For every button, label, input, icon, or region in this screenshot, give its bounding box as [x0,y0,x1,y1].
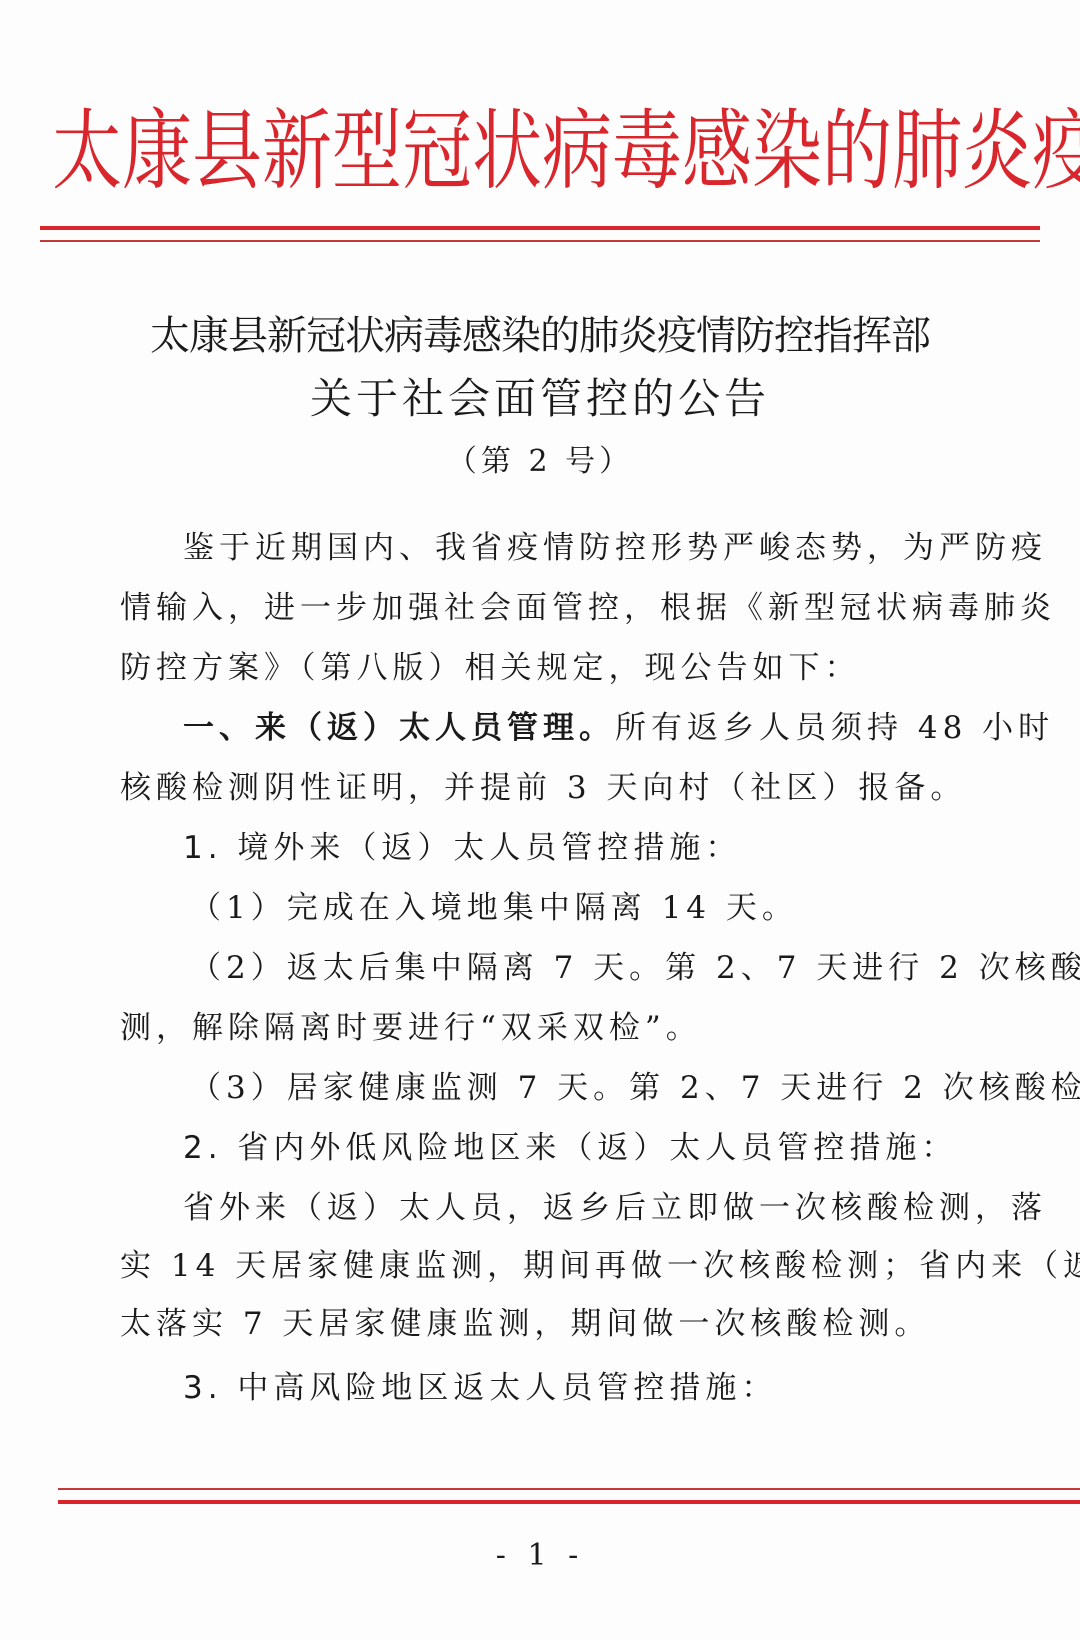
masthead-char: 毒 [612,107,682,195]
header-divider-thick [40,226,1040,230]
masthead-char: 型 [332,107,402,195]
header-divider-thin [40,240,1040,242]
document-title-line2: 关于社会面管控的公告 [0,366,1080,426]
masthead-char: 太 [52,107,122,195]
section1-text: 所有返乡人员须持 48 小时 [615,710,1054,746]
intro-line-2: 情输入，进一步加强社会面管控，根据《新型冠状病毒肺炎 [120,582,1056,627]
section1-line-2: 核酸检测阴性证明，并提前 3 天向村（社区）报备。 [120,762,966,807]
masthead-char: 感 [682,107,752,195]
masthead-char: 肺 [892,107,962,195]
masthead-char: 县 [192,107,262,195]
masthead-char: 状 [472,107,542,195]
document-title-line1: 太康县新冠状病毒感染的肺炎疫情防控指挥部 [0,304,1080,361]
item1-sub2-line1: （2）返太后集中隔离 7 天。第 2、7 天进行 2 次核酸检 [190,942,1080,987]
item3-heading: 3. 中高风险地区返太人员管控措施： [183,1362,777,1407]
issue-number: （第 2 号） [0,436,1080,480]
section1-heading: 一、来（返）太人员管理。 [183,710,615,746]
masthead-char: 康 [122,107,192,195]
footer-divider-thick [58,1500,1080,1504]
section1-paragraph: 一、来（返）太人员管理。所有返乡人员须持 48 小时 [183,702,1054,747]
item1-sub2-line2: 测，解除隔离时要进行“双采双检”。 [120,1002,702,1047]
masthead-char: 炎 [962,107,1032,195]
intro-line-3: 防控方案》（第八版）相关规定，现公告如下： [120,642,861,687]
masthead-char: 病 [542,107,612,195]
item1-sub1: （1）完成在入境地集中隔离 14 天。 [190,882,798,927]
item2-line1: 省外来（返）太人员，返乡后立即做一次核酸检测，落 [183,1182,1047,1227]
item2-line3: 太落实 7 天居家健康监测，期间做一次核酸检测。 [120,1298,930,1343]
footer-divider-thin [58,1488,1080,1490]
masthead-title: 太 康 县 新 型 冠 状 病 毒 感 染 的 肺 炎 疫 情 防 控 指 挥 … [52,82,1032,220]
masthead-char: 的 [822,107,892,195]
masthead-char: 新 [262,107,332,195]
page-number: - 1 - [0,1538,1080,1573]
masthead-char: 染 [752,107,822,195]
intro-line-1: 鉴于近期国内、我省疫情防控形势严峻态势，为严防疫 [183,522,1047,567]
item1-sub3: （3）居家健康监测 7 天。第 2、7 天进行 2 次核酸检测。 [190,1062,1080,1107]
masthead-char: 疫 [1032,107,1080,195]
masthead-char: 冠 [402,107,472,195]
item1-heading: 1. 境外来（返）太人员管控措施： [183,822,741,867]
item2-line2: 实 14 天居家健康监测，期间再做一次核酸检测；省内来（返） [120,1240,1080,1285]
item2-heading: 2. 省内外低风险地区来（返）太人员管控措施： [183,1122,957,1167]
